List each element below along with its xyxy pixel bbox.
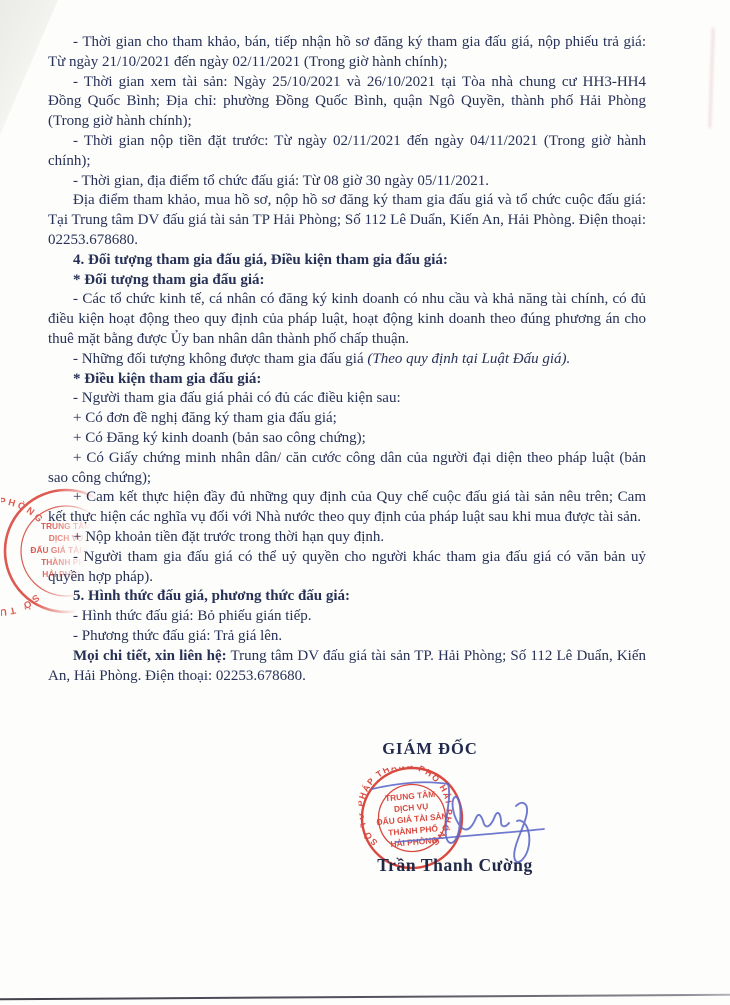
stamp-center-line: THÀNH PHỐ xyxy=(41,556,91,567)
paragraph: - Hình thức đấu giá: Bỏ phiếu gián tiếp. xyxy=(48,607,646,627)
stamp-center-line: HẢI PHÒNG xyxy=(42,568,89,579)
scan-edge-line xyxy=(0,994,730,1001)
paragraph: - Các tổ chức kinh tế, cá nhân có đăng k… xyxy=(48,290,646,349)
paragraph: Địa điểm tham khảo, mua hồ sơ, nộp hồ sơ… xyxy=(48,191,646,250)
paragraph: + Có Giấy chứng minh nhân dân/ căn cước … xyxy=(48,449,646,489)
paragraph: - Thời gian xem tài sản: Ngày 25/10/2021… xyxy=(48,73,646,132)
scan-edge-smudge xyxy=(708,28,714,128)
stamp-center-line: ĐẤU GIÁ TÀI SẢN xyxy=(30,544,101,555)
stamp-center-text: TRUNG TÂMDỊCH VỤĐẤU GIÁ TÀI SẢNTHÀNH PHỐ… xyxy=(30,520,101,579)
paragraph: - Người tham gia đấu giá có thể uỷ quyền… xyxy=(48,548,646,588)
partial-round-stamp-icon: SỞ TƯ PHÁP THÀNH PHỐ HẢI PHÒNG TRUNG TÂM… xyxy=(1,486,131,616)
paragraph: - Thời gian, địa điểm tổ chức đấu giá: T… xyxy=(48,172,646,192)
stamp-center-line: TRUNG TÂM xyxy=(41,520,91,531)
paragraph: 4. Đối tượng tham gia đấu giá, Điều kiện… xyxy=(48,251,646,271)
document-body: - Thời gian cho tham khảo, bán, tiếp nhậ… xyxy=(48,33,646,686)
paragraph: + Có đơn đề nghị đăng ký tham gia đấu gi… xyxy=(48,409,646,429)
paragraph: + Cam kết thực hiện đầy đủ những quy địn… xyxy=(48,488,646,528)
paragraph: Mọi chi tiết, xin liên hệ: Trung tâm DV … xyxy=(48,647,646,687)
signer-name: Trần Thanh Cường xyxy=(355,855,555,876)
paragraph: - Người tham gia đấu giá phải có đủ các … xyxy=(48,389,646,409)
paragraph: - Thời gian nộp tiền đặt trước: Từ ngày … xyxy=(48,132,646,172)
scanned-auction-notice-page: - Thời gian cho tham khảo, bán, tiếp nhậ… xyxy=(0,0,730,1005)
paragraph: - Phương thức đấu giá: Trả giá lên. xyxy=(48,627,646,647)
paragraph: + Nộp khoản tiền đặt trước trong thời hạ… xyxy=(48,528,646,548)
stamp-arc-text: SỞ TƯ PHÁP THÀNH PHỐ HẢI PHÒNG xyxy=(1,496,46,616)
paragraph: * Điều kiện tham gia đấu giá: xyxy=(48,370,646,390)
paragraph: 5. Hình thức đấu giá, phương thức đấu gi… xyxy=(48,587,646,607)
paragraph: - Thời gian cho tham khảo, bán, tiếp nhậ… xyxy=(48,33,646,73)
paragraph: + Có Đăng ký kinh doanh (bản sao công ch… xyxy=(48,429,646,449)
paragraph: * Đối tượng tham gia đấu giá: xyxy=(48,271,646,291)
paragraph: - Những đối tượng không được tham gia đấ… xyxy=(48,350,646,370)
stamp-center-line: DỊCH VỤ xyxy=(49,533,83,543)
